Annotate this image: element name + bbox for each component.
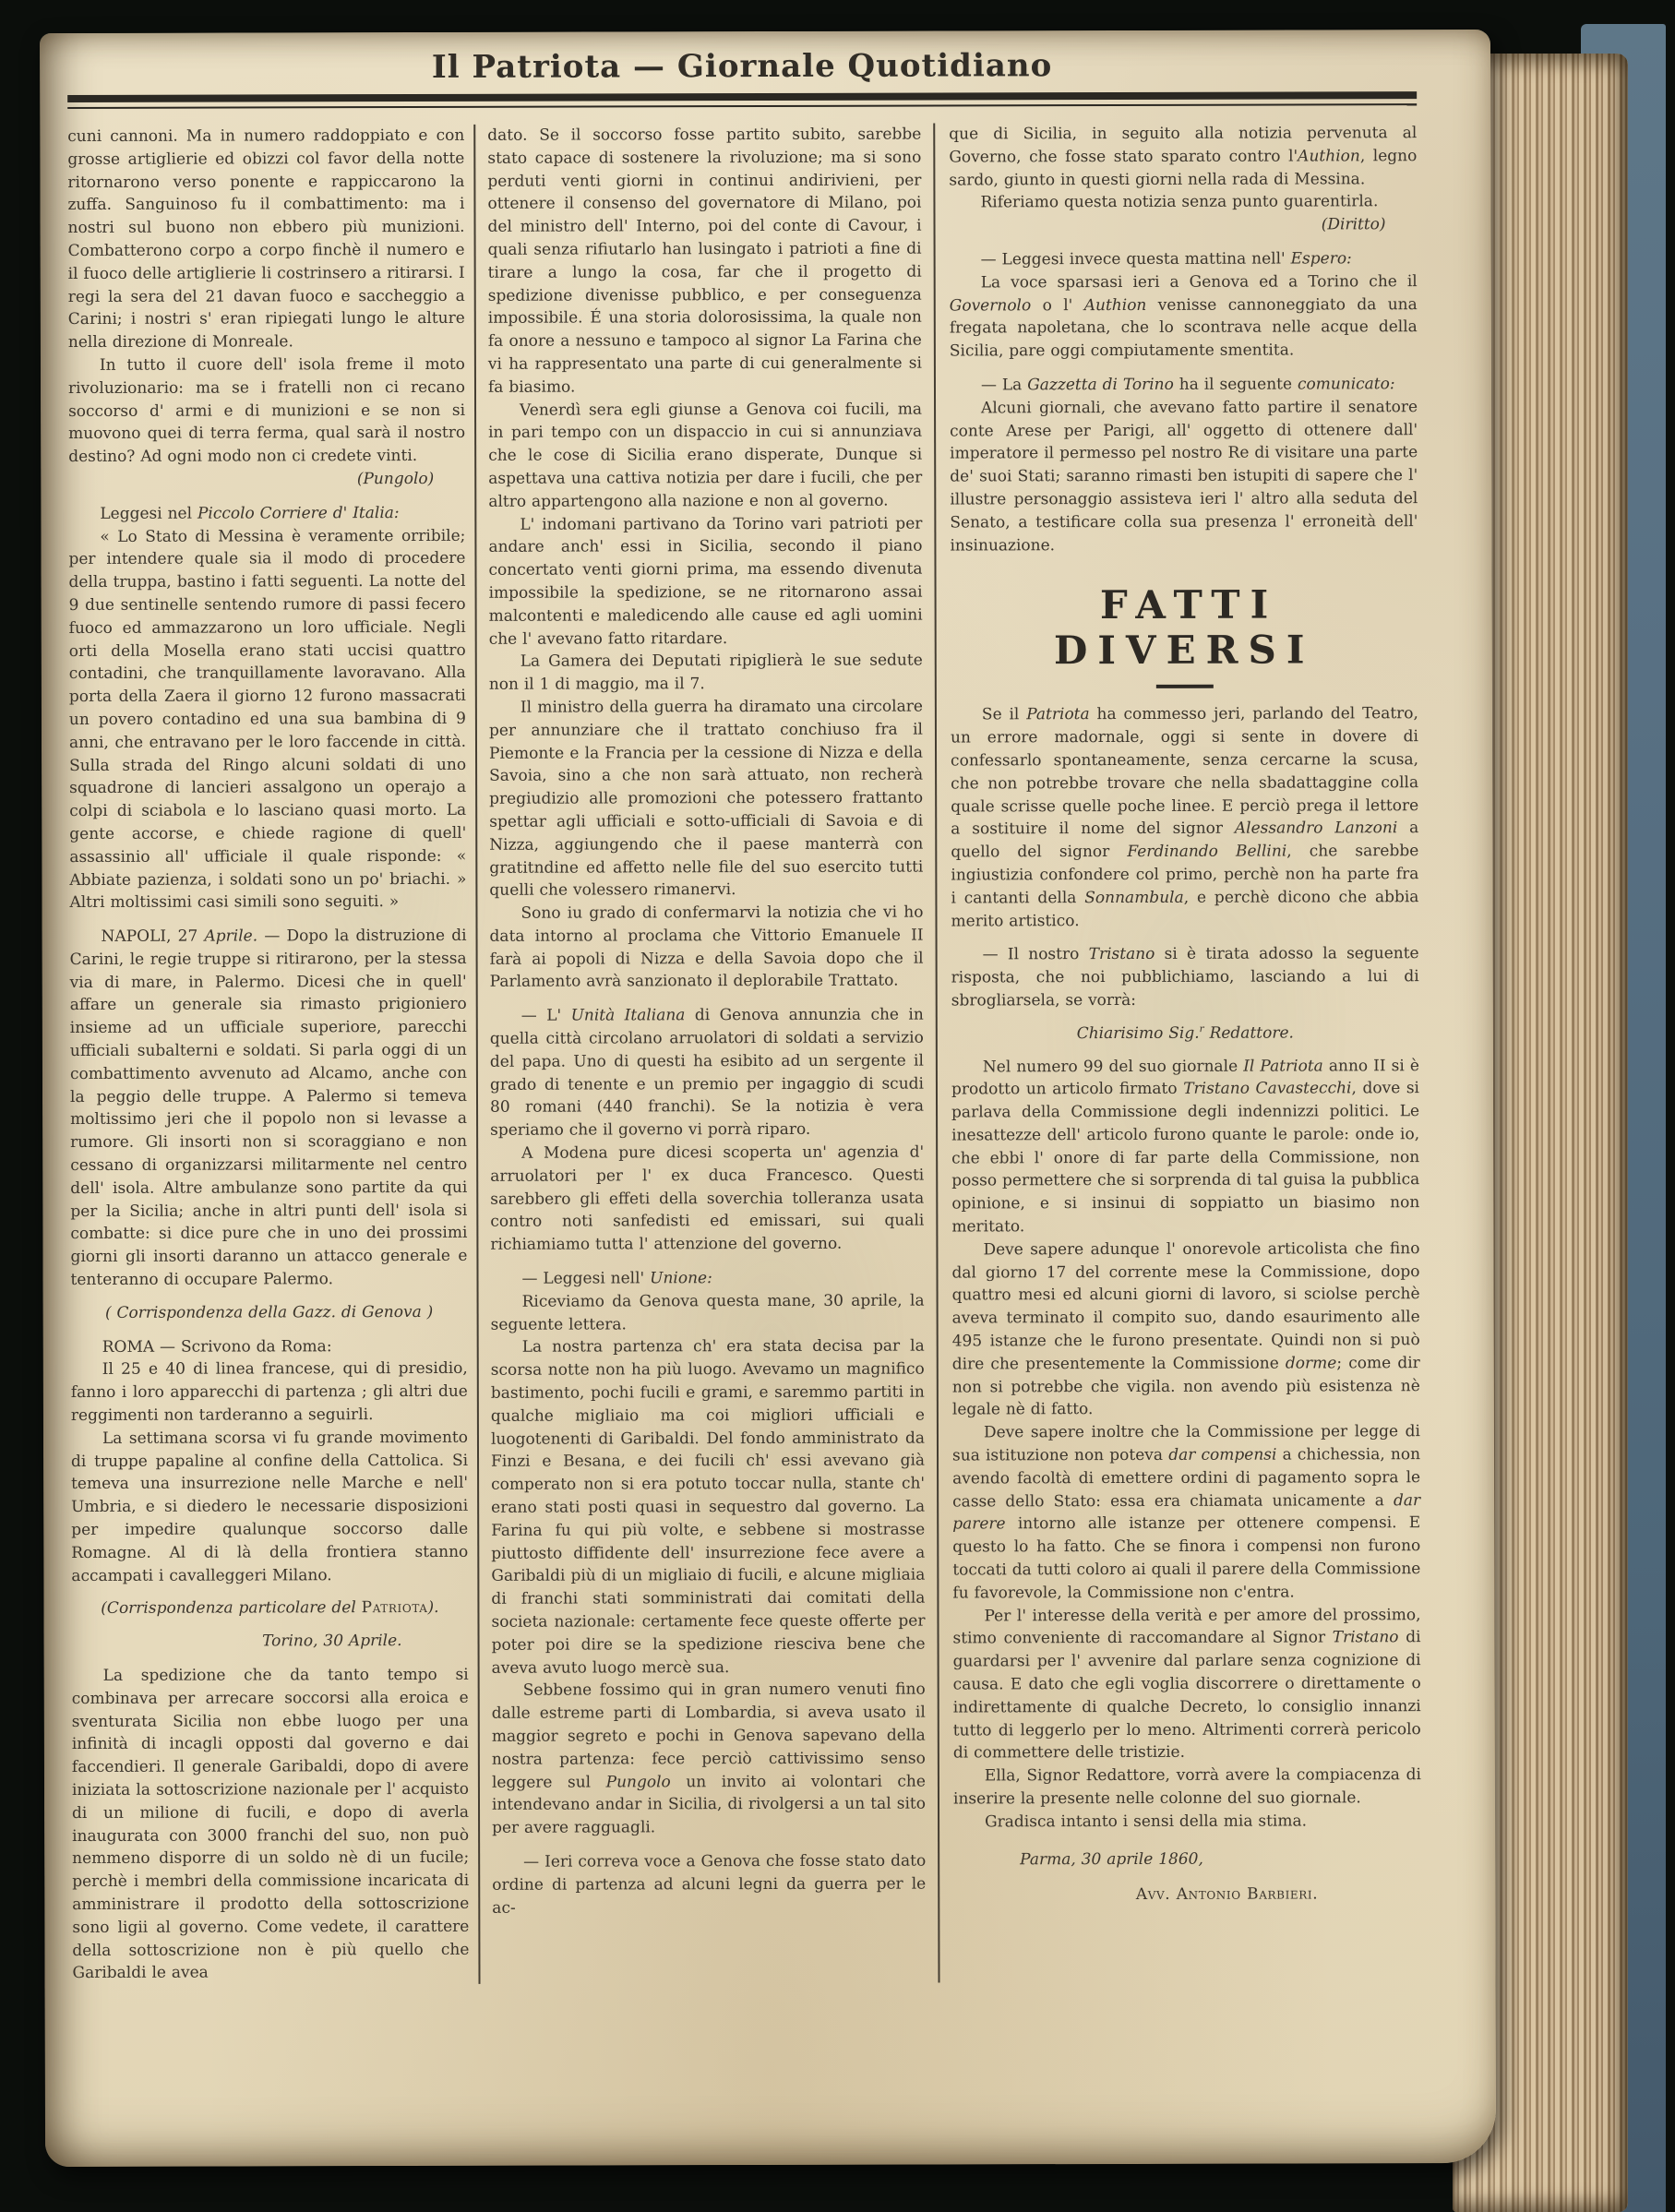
paragraph: — La Gazzetta di Torino ha il seguente c… [950, 373, 1418, 397]
paragraph: cuni cannoni. Ma in numero raddoppiato e… [67, 125, 465, 354]
paragraph: Torino, 30 Aprile. [72, 1630, 469, 1654]
paragraph: Parma, 30 aprile 1860, [953, 1847, 1421, 1871]
paragraph: ROMA — Scrivono da Roma: [71, 1334, 468, 1358]
section-heading-rule [1155, 685, 1213, 688]
paragraph: Deve sapere inoltre che la Commissione p… [952, 1420, 1421, 1605]
paragraph: Ella, Signor Redattore, vorrà avere la c… [953, 1764, 1421, 1811]
paragraph: (Diritto) [949, 213, 1417, 237]
paragraph: — Leggesi nell' Unione: [490, 1267, 924, 1291]
paragraph: La Gamera dei Deputati ripiglierà le sue… [489, 650, 923, 697]
paragraph: que di Sicilia, in seguito alla notizia … [949, 122, 1417, 192]
newspaper-page: Il Patriota — Giornale Quotidiano cuni c… [40, 30, 1496, 2167]
paragraph: La settimana scorsa vi fu grande movimen… [71, 1427, 468, 1588]
paragraph: Il 25 e 40 di linea francese, qui di pre… [71, 1357, 468, 1428]
column-2: dato. Se il soccorso fosse partito subit… [473, 124, 939, 1984]
page-content: Il Patriota — Giornale Quotidiano cuni c… [67, 44, 1421, 1985]
paragraph: Per l' interesse della verità e per amor… [952, 1604, 1420, 1765]
paragraph: Gradisca intanto i sensi della mia stima… [953, 1810, 1421, 1834]
paragraph: Leggesi nel Piccolo Corriere d' Italia: [68, 502, 465, 526]
paragraph: (Pungolo) [68, 468, 465, 492]
paragraph: — Il nostro Tristano si è tirata adosso … [951, 942, 1419, 1012]
paragraph: Avv. Antonio Barbieri. [953, 1883, 1421, 1907]
paragraph: La voce sparsasi ieri a Genova ed a Tori… [950, 270, 1418, 364]
section-heading: FATTI DIVERSI [951, 581, 1418, 688]
paragraph: Chiarisimo Sig.r Redattore. [951, 1022, 1419, 1046]
paragraph: Alcuni giornali, che avevano fatto parti… [950, 396, 1418, 557]
paragraph: La nostra partenza ch' era stata decisa … [491, 1335, 926, 1680]
masthead-rule [67, 91, 1417, 109]
paragraph: dato. Se il soccorso fosse partito subit… [487, 124, 922, 400]
paragraph: A Modena pure dicesi scoperta un' agenzi… [490, 1142, 924, 1257]
paragraph: Riceviamo da Genova questa mane, 30 apri… [491, 1289, 925, 1336]
paragraph: Deve sapere adunque l' onorevole articol… [951, 1238, 1420, 1422]
paragraph: Nel numero 99 del suo giornale Il Patrio… [951, 1055, 1420, 1239]
paragraph: Sono iu grado di confermarvi la notizia … [489, 902, 923, 994]
paragraph: ( Corrispondenza della Gazz. di Genova ) [71, 1301, 468, 1325]
paragraph: Il ministro della guerra ha diramato una… [489, 695, 924, 902]
paragraph: Sebbene fossimo qui in gran numero venut… [492, 1679, 926, 1840]
masthead-title: Il Patriota — Giornale Quotidiano [67, 46, 1417, 87]
paragraph: La spedizione che da tanto tempo si comb… [72, 1664, 470, 1985]
paragraph: (Corrispondenza particolare del Patriota… [71, 1596, 468, 1620]
book-photo: { "masthead": { "title": "Il Patriota — … [0, 0, 1675, 2212]
page-columns: cuni cannoni. Ma in numero raddoppiato e… [67, 122, 1421, 1985]
paragraph: — Ieri correva voce a Genova che fosse s… [492, 1850, 926, 1920]
paragraph: In tutto il cuore dell' isola freme il m… [68, 353, 465, 469]
paragraph: — L' Unità Italiana di Genova annunzia c… [490, 1004, 924, 1142]
paragraph: « Lo Stato di Messina è veramente orribi… [68, 524, 466, 915]
paragraph: Venerdì sera egli giunse a Genova coi fu… [488, 398, 922, 513]
section-heading-title: FATTI DIVERSI [951, 581, 1418, 673]
paragraph: — Leggesi invece questa mattina nell' Es… [950, 247, 1418, 271]
column-1: cuni cannoni. Ma in numero raddoppiato e… [67, 125, 478, 1985]
paragraph: NAPOLI, 27 Aprile. — Dopo la distruzione… [70, 925, 468, 1292]
column-3: que di Sicilia, in seguito alla notizia … [935, 122, 1421, 1983]
paragraph: Riferiamo questa notizia senza punto gua… [949, 191, 1417, 215]
paragraph: L' indomani partivano da Torino vari pat… [488, 512, 922, 651]
paragraph: Se il Patriota ha commesso jeri, parland… [951, 702, 1419, 932]
